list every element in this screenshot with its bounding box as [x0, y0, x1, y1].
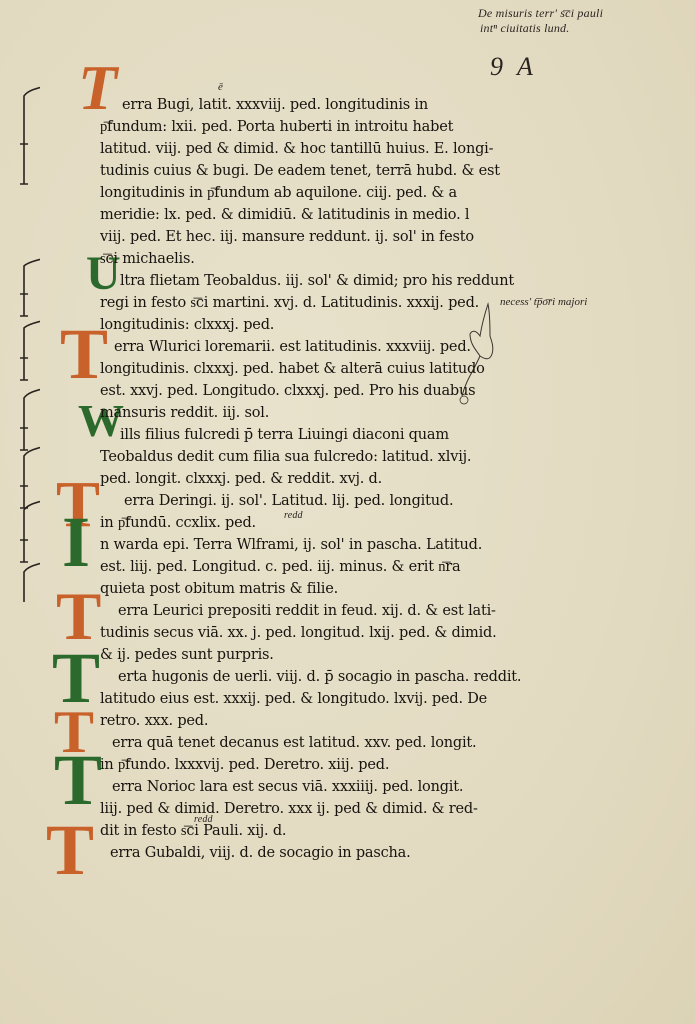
- text-line: in p͞fundū. ccxlix. ped.: [100, 512, 256, 534]
- text-line: erra Wlurici loremarii. est latitudinis.…: [114, 336, 471, 358]
- text-line: liij. ped & dimid. Deretro. xxx ij. ped …: [100, 798, 478, 820]
- text-line: mansuris reddit. iij. sol.: [100, 402, 269, 424]
- text-line: in p͞fundo. lxxxvij. ped. Deretro. xiij.…: [100, 754, 389, 776]
- text-line: est. xxvj. ped. Longitudo. clxxxj. ped. …: [100, 380, 475, 402]
- text-line: dit in festo s͞ci Pauli. xij. d.: [100, 820, 286, 842]
- interlinear-gloss: ē: [218, 80, 223, 95]
- marginal-note-hand: necess' t͞po͞ri majori: [500, 296, 587, 308]
- text-line: ills filius fulcredi p̄ terra Liuingi di…: [120, 424, 449, 446]
- paragraph-bracket-icon: [18, 258, 40, 318]
- marginal-note-top: De misuris terr' s͞ci pauli intⁿ ciuitat…: [478, 6, 603, 36]
- text-line: ped. longit. clxxxj. ped. & reddit. xvj.…: [100, 468, 382, 490]
- text-line: retro. xxx. ped.: [100, 710, 208, 732]
- paragraph-bracket-icon: [18, 500, 40, 564]
- text-line: latitud. viij. ped & dimid. & hoc tantil…: [100, 138, 493, 160]
- marginal-note-line: De misuris terr' s͞ci pauli: [478, 6, 603, 21]
- text-line: longitudinis in p͞fundum ab aquilone. ci…: [100, 182, 457, 204]
- paragraph-bracket-icon: [18, 562, 40, 602]
- text-line: tudinis cuius & bugi. De eadem tenet, te…: [100, 160, 500, 182]
- folio-number: 9 A: [490, 52, 537, 82]
- paragraph-bracket-icon: [18, 320, 40, 382]
- text-line: erra Leurici prepositi reddit in feud. x…: [118, 600, 496, 622]
- initial-letter: T: [54, 744, 102, 816]
- text-line: erta hugonis de uerli. viij. d. p̄ socag…: [118, 666, 521, 688]
- text-line: longitudinis: clxxxj. ped.: [100, 314, 274, 336]
- text-line: erra Bugi, latit. xxxviij. ped. longitud…: [122, 94, 428, 116]
- text-line: erra quā tenet decanus est latitud. xxv.…: [112, 732, 476, 754]
- text-line: n warda epi. Terra Wlframi, ij. sol' in …: [100, 534, 482, 556]
- text-line: meridie: lx. ped. & dimidiū. & latitudin…: [100, 204, 469, 226]
- manuscript-page: De misuris terr' s͞ci pauli intⁿ ciuitat…: [0, 0, 695, 1024]
- text-line: erra Gubaldi, viij. d. de socagio in pas…: [110, 842, 411, 864]
- initial-letter: I: [62, 506, 90, 578]
- text-line: quieta post obitum matris & filie.: [100, 578, 338, 600]
- text-line: & ij. pedes sunt purpris.: [100, 644, 274, 666]
- marginal-note-line: intⁿ ciuitatis lund.: [478, 21, 603, 36]
- text-line: longitudinis. clxxxj. ped. habet & alter…: [100, 358, 485, 380]
- text-line: Teobaldus dedit cum filia sua fulcredo: …: [100, 446, 471, 468]
- text-line: viij. ped. Et hec. iij. mansure reddunt.…: [100, 226, 474, 248]
- text-line: regi in festo s͞ci martini. xvj. d. Lati…: [100, 292, 479, 314]
- text-line: tudinis secus viā. xx. j. ped. longitud.…: [100, 622, 497, 644]
- text-line: p͞fundum: lxii. ped. Porta huberti in in…: [100, 116, 453, 138]
- text-line: s͞ci michaelis.: [100, 248, 195, 270]
- initial-letter: T: [78, 56, 117, 120]
- initial-letter: T: [46, 814, 94, 886]
- text-line: erra Deringi. ij. sol'. Latitud. lij. pe…: [124, 490, 453, 512]
- text-line: est. liij. ped. Longitud. c. ped. iij. m…: [100, 556, 460, 578]
- text-line: ltra flietam Teobaldus. iij. sol' & dimi…: [120, 270, 514, 292]
- text-line: erra Norioc lara est secus viā. xxxiiij.…: [112, 776, 463, 798]
- text-line: latitudo eius est. xxxij. ped. & longitu…: [100, 688, 487, 710]
- paragraph-bracket-icon: [18, 86, 40, 186]
- paragraph-bracket-icon: [18, 388, 40, 452]
